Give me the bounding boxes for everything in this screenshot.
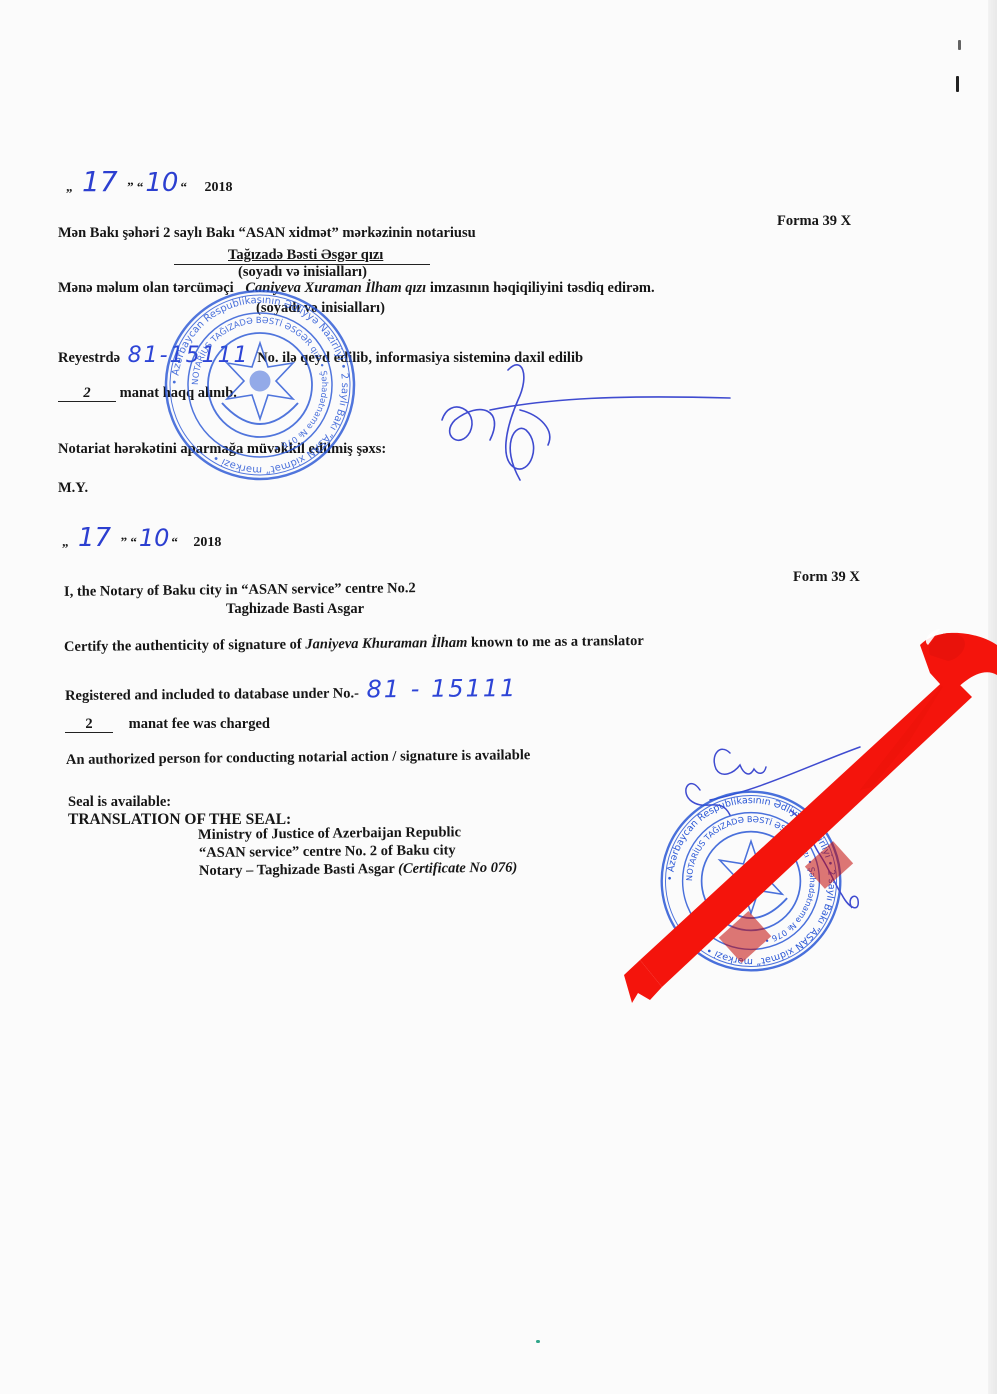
red-binding-ribbon — [610, 615, 997, 1005]
en-form-label: Form 39 X — [793, 570, 860, 585]
az-date-month: 10 — [145, 168, 178, 198]
quote: “ — [180, 179, 187, 194]
notary-seal-az: • Azərbaycan Respublikasının Ədliyyə Naz… — [160, 285, 360, 485]
margin-mark-2 — [956, 76, 959, 92]
quote: „ — [66, 179, 73, 194]
stray-mark — [536, 1340, 540, 1343]
en-seal-line-2: “ASAN service” centre No. 2 of Baku city — [199, 843, 456, 860]
az-form-label: Forma 39 X — [777, 214, 851, 229]
en-registered-number: 81 - 15111 — [366, 674, 517, 703]
az-date: „ 17 ” “10“ 2018 — [66, 168, 232, 196]
en-fee-line: 2 manat fee was charged — [65, 717, 270, 733]
en-certify-line: Certify the authenticity of signature of… — [64, 634, 644, 655]
en-date-month: 10 — [139, 524, 170, 552]
az-notary-name: Tağızadə Bəsti Əsgər qızı — [174, 248, 430, 265]
en-registered-prefix: Registered and included to database unde… — [65, 685, 359, 704]
quote: ” “ — [121, 534, 137, 549]
quote: “ — [171, 534, 178, 549]
en-seal-line-3-text: Notary – Taghizade Basti Asgar — [199, 861, 398, 879]
az-date-day: 17 — [82, 165, 118, 198]
en-authorized-line: An authorized person for conducting nota… — [66, 748, 530, 767]
en-date: „ 17 ” “10“ 2018 — [62, 525, 221, 551]
en-certify-prefix: Certify the authenticity of signature of — [64, 637, 302, 655]
en-translator-name: Janiyeva Khuraman İlham — [305, 635, 467, 653]
en-date-year: 2018 — [193, 535, 221, 550]
az-notary-name-text: Tağızadə Bəsti Əsgər qızı — [228, 247, 383, 263]
en-certificate: (Certificate No 076) — [398, 860, 517, 877]
az-seal-abbrev: M.Y. — [58, 481, 88, 496]
quote: ” “ — [127, 179, 143, 194]
az-fee-amount: 2 — [83, 385, 90, 401]
en-seal-available: Seal is available: — [68, 795, 171, 810]
az-fee-blank: 2 — [58, 386, 116, 402]
en-seal-line-3: Notary – Taghizade Basti Asgar (Certific… — [199, 861, 517, 879]
notary-signature-az — [430, 350, 750, 490]
margin-mark-1 — [958, 40, 961, 50]
en-notary-name: Taghizade Basti Asgar — [226, 602, 364, 617]
az-known-suffix: imzasının həqiqiliyini təsdiq edirəm. — [430, 280, 655, 296]
en-fee-amount: 2 — [85, 716, 92, 732]
en-seal-line-1: Ministry of Justice of Azerbaijan Republ… — [198, 825, 461, 842]
en-fee-blank: 2 — [65, 717, 113, 733]
en-intro: I, the Notary of Baku city in “ASAN serv… — [64, 581, 416, 599]
en-seal-translation-title: TRANSLATION OF THE SEAL: — [68, 812, 291, 828]
az-register-prefix: Reyestrdə — [58, 350, 120, 366]
az-name-caption-1: (soyadı və inisialları) — [238, 265, 367, 280]
en-registered-line: Registered and included to database unde… — [65, 676, 518, 704]
en-fee-text: manat fee was charged — [129, 716, 270, 732]
az-date-year: 2018 — [204, 180, 232, 195]
quote: „ — [62, 534, 69, 549]
az-intro: Mən Bakı şəhəri 2 saylı Bakı “ASAN xidmə… — [58, 226, 476, 241]
en-date-day: 17 — [78, 523, 111, 553]
